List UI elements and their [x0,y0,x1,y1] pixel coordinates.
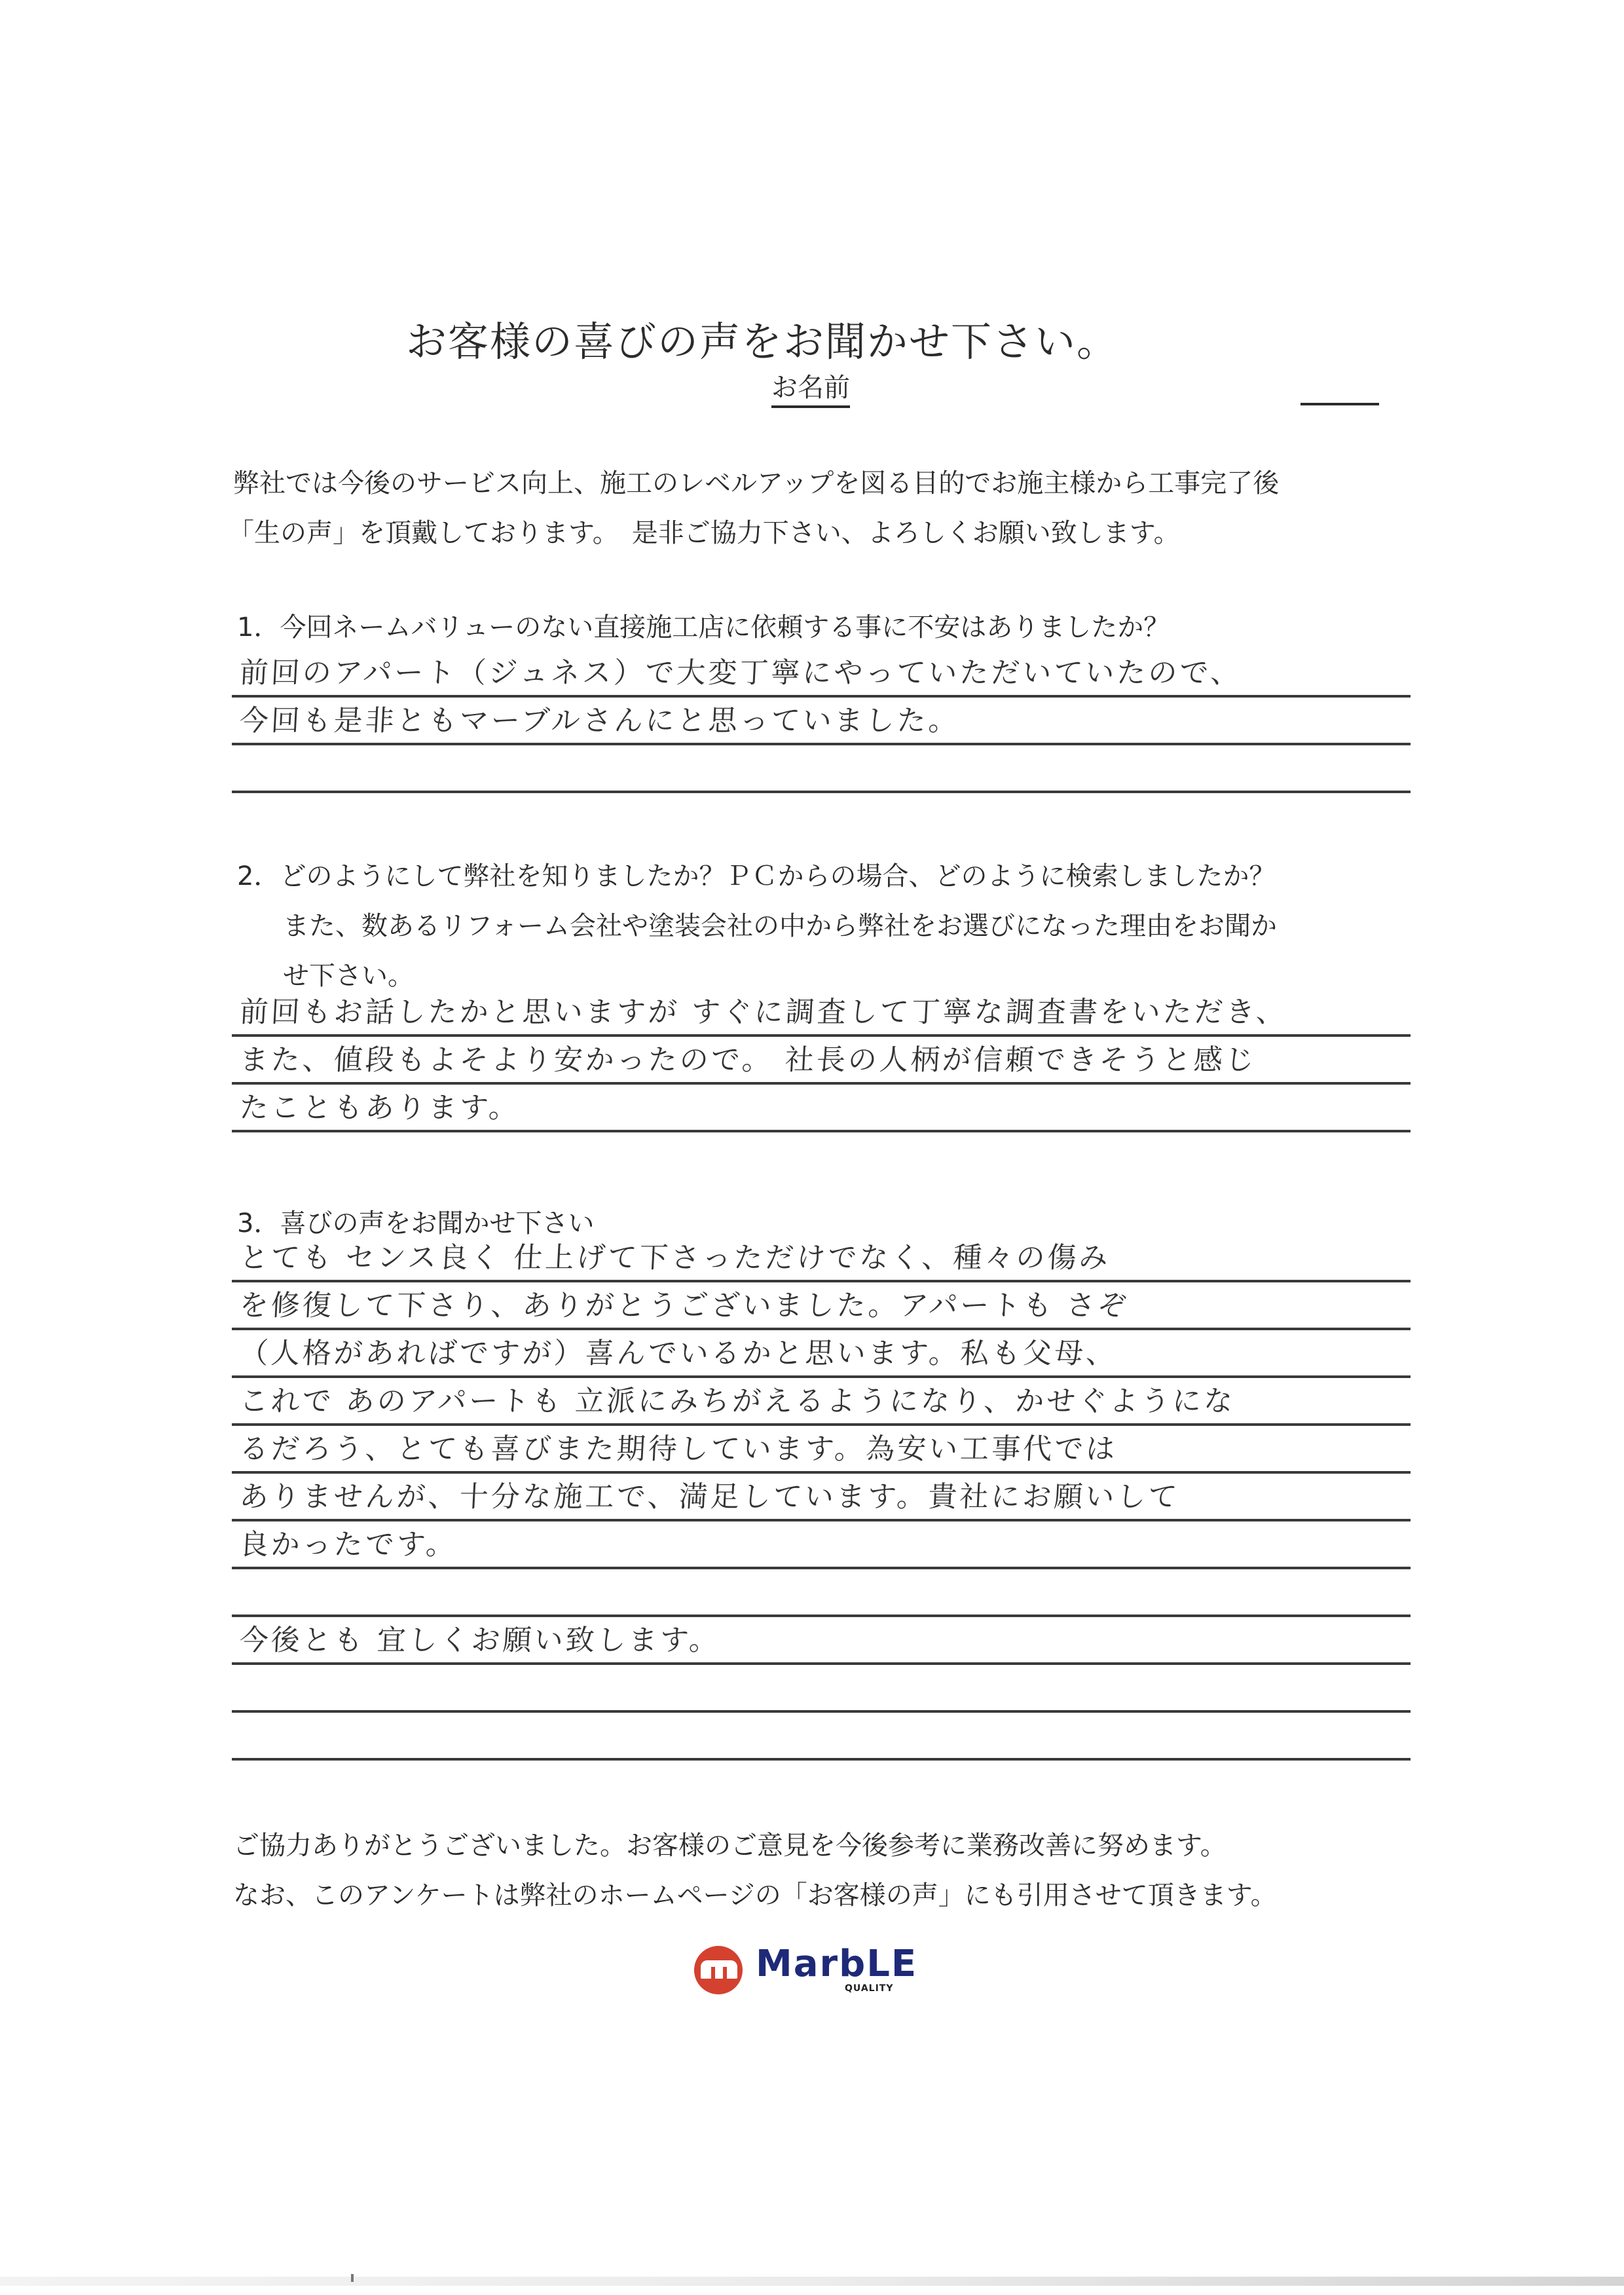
handwritten-text: また、値段もよそより安かったので。 社長の人柄が信頼できそうと感じ [238,1036,1257,1078]
question-1: 1．今回ネームバリューのない直接施工店に依頼する事に不安はありましたか？ [237,603,1170,652]
closing-line: ご協力ありがとうございました。お客様のご意見を今後参考に業務改善に努めます。 [233,1821,1277,1871]
name-underline [1301,403,1379,405]
handwritten-text: ありませんが、十分な施工で、満足しています。貴社にお願いして [238,1473,1181,1515]
question-2: 2．どのようにして弊社を知りましたか？ＰＣからの場合、どのように検索しましたか？… [237,851,1277,1001]
answer-line [232,1569,1411,1617]
answer-line: 今後とも 宜しくお願い致します。 [232,1617,1411,1665]
answer-line: また、値段もよそより安かったので。 社長の人柄が信頼できそうと感じ [232,1037,1411,1085]
scan-edge-shadow [0,2277,1624,2286]
answer-2: 前回もお話したかと思いますが すぐに調査して丁寧な調査書をいただき、 また、値段… [232,989,1411,1132]
customer-name-row: お名前 [771,367,1387,406]
answer-line: とても センス良く 仕上げて下さっただけでなく、種々の傷み [232,1235,1411,1282]
question-text: 1．今回ネームバリューのない直接施工店に依頼する事に不安はありましたか？ [237,603,1170,652]
answer-line: （人格があればですが）喜んでいるかと思います。私も父母、 [232,1330,1411,1378]
handwritten-text: るだろう、とても喜びまた期待しています。為安い工事代では [238,1425,1118,1467]
intro-line: 弊社では今後のサービス向上、施工のレベルアップを図る目的でお施主様から工事完了後 [233,458,1412,508]
logo-wordmark: MarbLE [756,1944,917,1985]
answer-line: ありませんが、十分な施工で、満足しています。貴社にお願いして [232,1474,1411,1521]
survey-page: お客様の喜びの声をお聞かせ下さい。 お名前 弊社では今後のサービス向上、施工のレ… [0,0,1624,2295]
name-field-redacted [968,369,1361,400]
logo-tagline: QUALITY [845,1983,894,1994]
handwritten-text: （人格があればですが）喜んでいるかと思います。私も父母、 [238,1330,1118,1371]
answer-line: を修復して下さり、ありがとうございました。アパートも さぞ [232,1282,1411,1330]
closing-text: ご協力ありがとうございました。お客様のご意見を今後参考に業務改善に努めます。 な… [233,1821,1277,1920]
intro-line: 「生の声」を頂戴しております。 是非ご協力下さい、よろしくお願い致します。 [228,508,1412,558]
m-glyph-icon [701,1960,737,1979]
handwritten-text: 今回も是非ともマーブルさんにと思っていました。 [238,697,961,739]
answer-line: これで あのアパートも 立派にみちがえるようになり、かせぐようにな [232,1378,1411,1426]
answer-line: 今回も是非ともマーブルさんにと思っていました。 [232,698,1411,745]
handwritten-text: を修復して下さり、ありがとうございました。アパートも さぞ [238,1282,1130,1324]
answer-line: るだろう、とても喜びまた期待しています。為安い工事代では [232,1426,1411,1474]
handwritten-text: たこともあります。 [238,1084,521,1126]
answer-line [232,745,1411,793]
handwritten-text: これで あのアパートも 立派にみちがえるようになり、かせぐようにな [238,1377,1236,1419]
question-text: また、数あるリフォーム会社や塗装会社の中から弊社をお選びになった理由をお聞か [237,901,1277,951]
answer-1: 前回のアパート（ジュネス）で大変丁寧にやっていただいていたので、 今回も是非とも… [232,650,1411,793]
intro-text: 弊社では今後のサービス向上、施工のレベルアップを図る目的でお施主様から工事完了後… [233,458,1412,558]
answer-line: 前回のアパート（ジュネス）で大変丁寧にやっていただいていたので、 [232,650,1411,698]
answer-line [232,1665,1411,1713]
closing-line: なお、このアンケートは弊社のホームページの「お客様の声」にも引用させて頂きます。 [233,1871,1277,1920]
marble-m-circle-icon [694,1946,743,1994]
handwritten-text: 前回もお話したかと思いますが すぐに調査して丁寧な調査書をいただき、 [238,988,1289,1030]
name-label: お名前 [771,367,850,408]
answer-3: とても センス良く 仕上げて下さっただけでなく、種々の傷み を修復して下さり、あ… [232,1235,1411,1761]
company-logo: MarbLE QUALITY [693,1944,955,1996]
handwritten-text: とても センス良く 仕上げて下さっただけでなく、種々の傷み [238,1234,1111,1276]
answer-line [232,1713,1411,1761]
page-title: お客様の喜びの声をお聞かせ下さい。 [406,309,1118,367]
handwritten-text: 今後とも 宜しくお願い致します。 [238,1616,722,1658]
handwritten-text: 前回のアパート（ジュネス）で大変丁寧にやっていただいていたので、 [238,649,1243,691]
answer-line: 前回もお話したかと思いますが すぐに調査して丁寧な調査書をいただき、 [232,989,1411,1037]
answer-line: 良かったです。 [232,1521,1411,1569]
handwritten-text: 良かったです。 [238,1521,458,1563]
scan-mark [351,2274,354,2282]
question-text: 2．どのようにして弊社を知りましたか？ＰＣからの場合、どのように検索しましたか？ [237,851,1277,901]
answer-line: たこともあります。 [232,1085,1411,1132]
